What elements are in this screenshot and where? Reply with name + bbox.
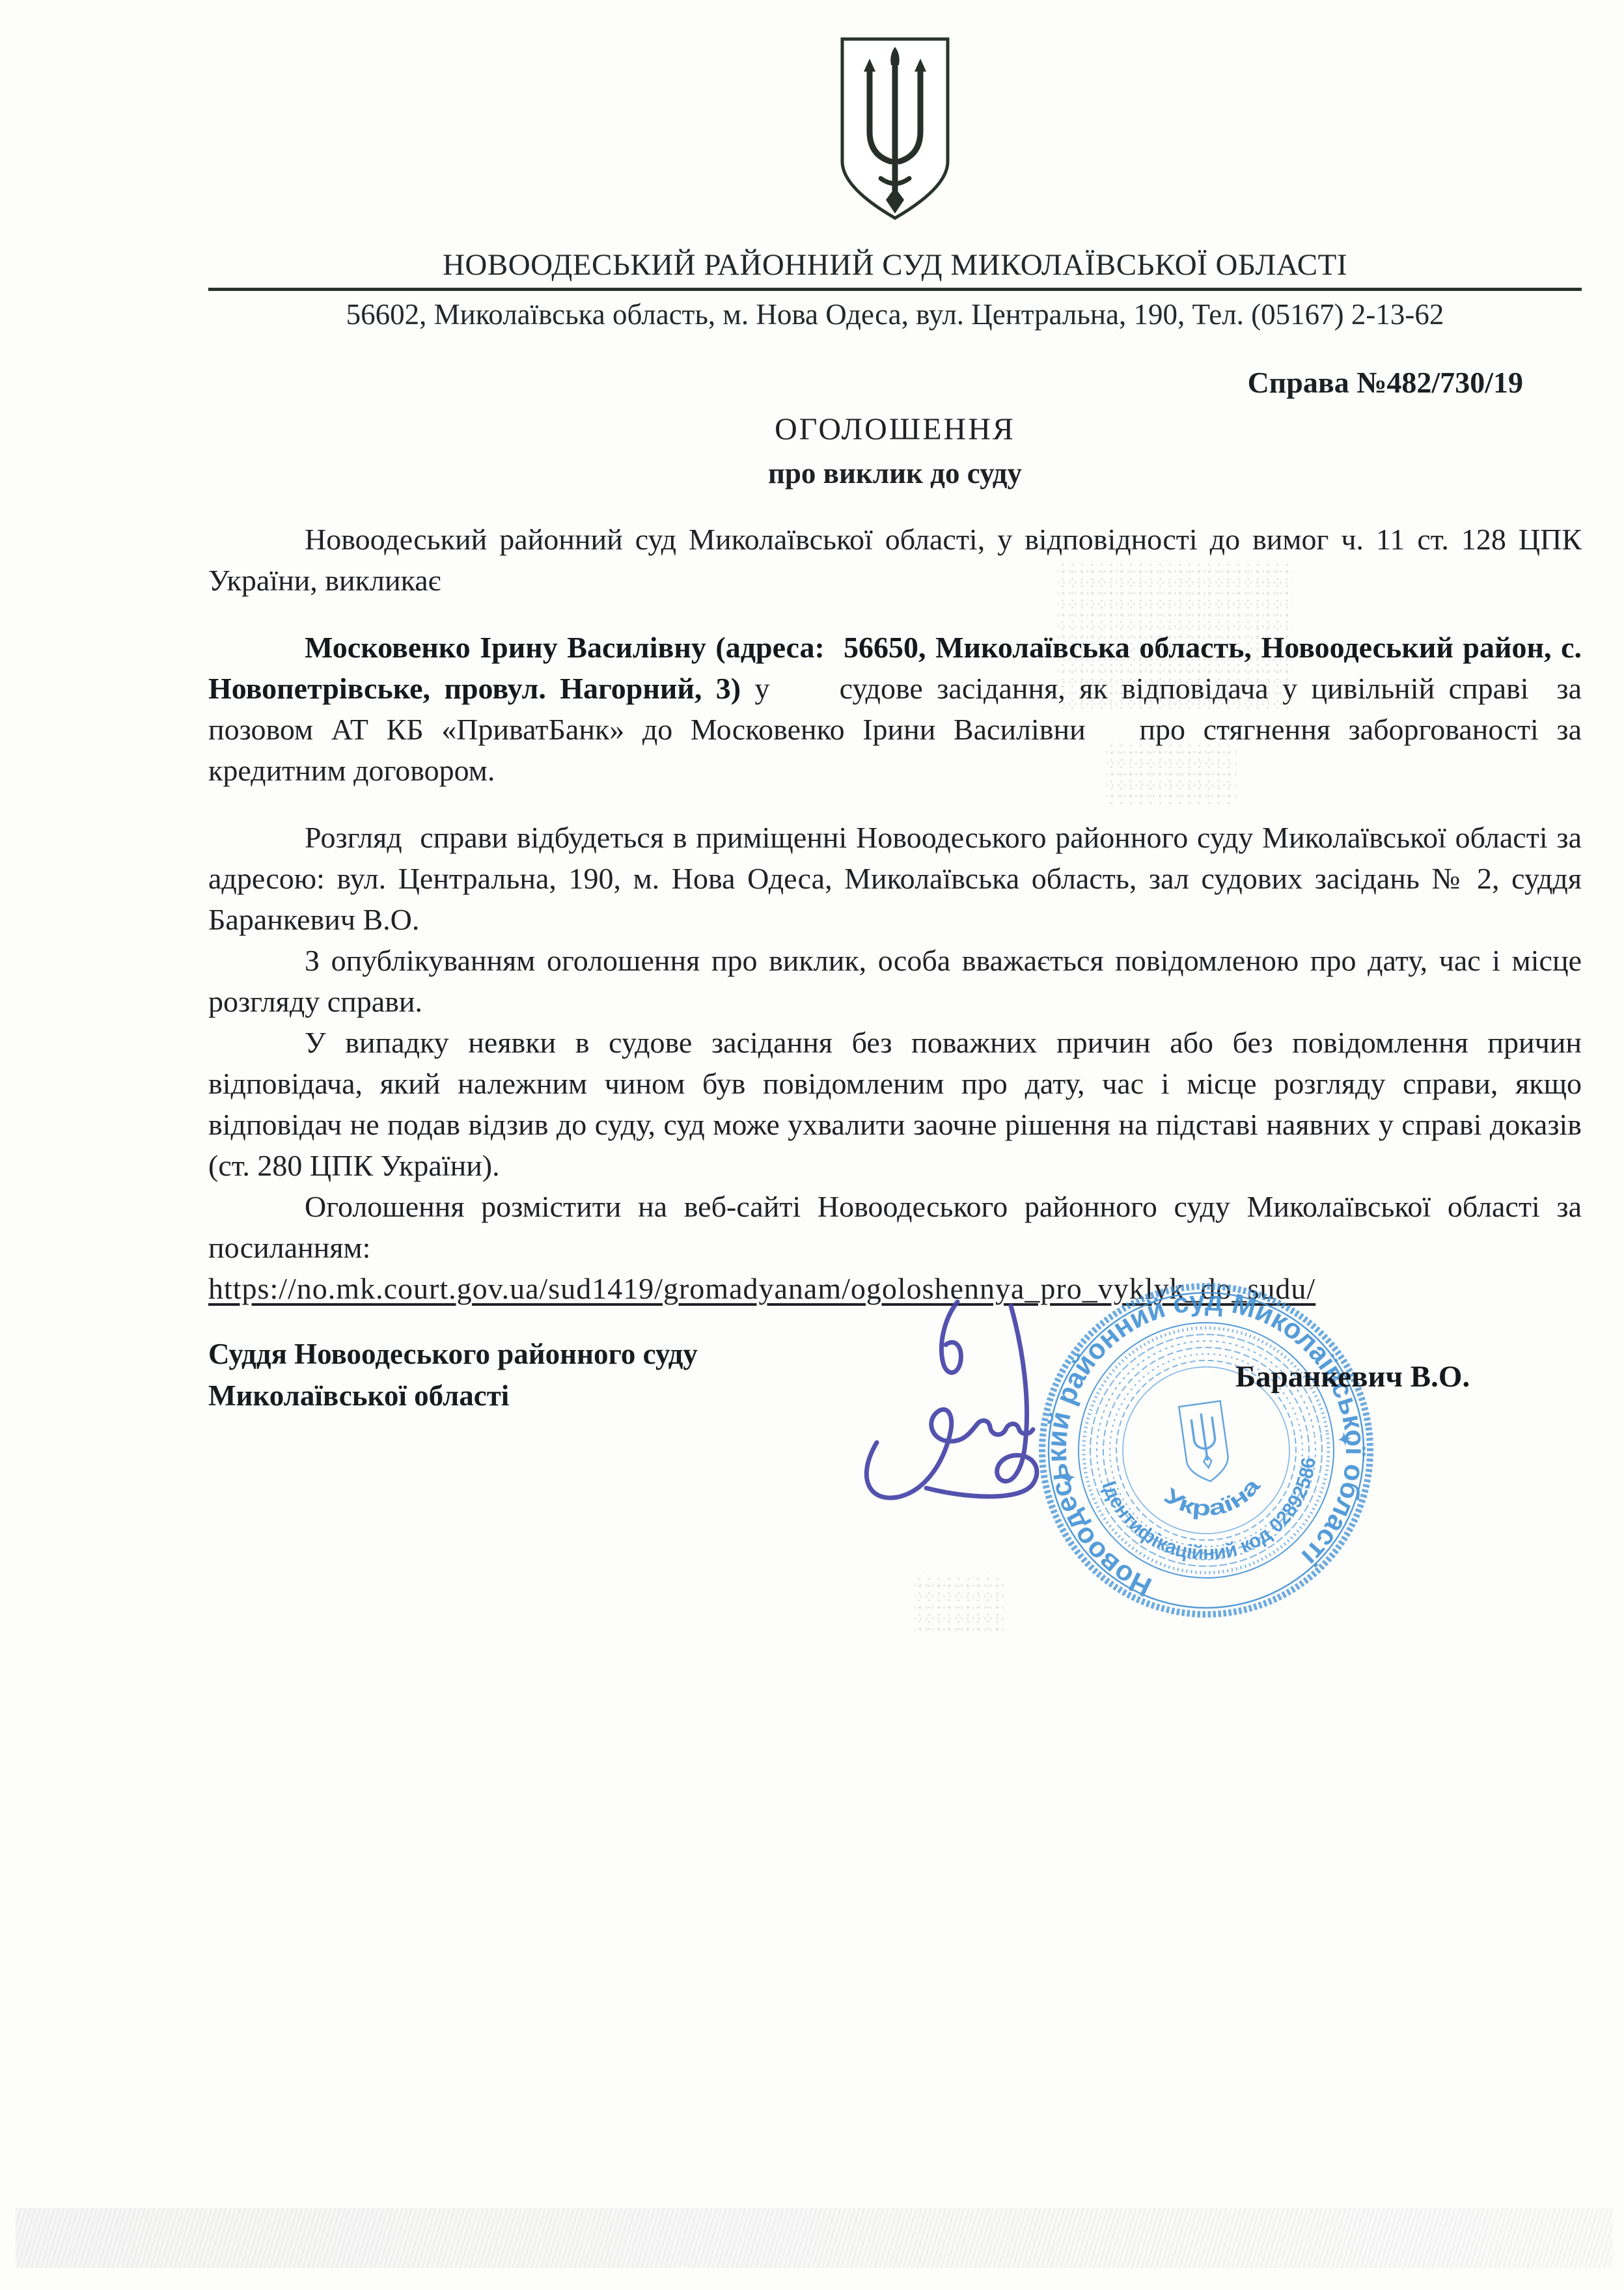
stamp-separator-right-icon: ✦ — [1336, 1429, 1353, 1450]
paragraph-summons: Московенко Ірину Василівну (адреса: 5665… — [208, 627, 1582, 791]
document-page: НОВООДЕСЬКИЙ РАЙОННИЙ СУД МИКОЛАЇВСЬКОЇ … — [0, 0, 1624, 2290]
paragraph-publication: З опублікуванням оголошення про виклик, … — [208, 940, 1582, 1022]
paragraph-absence-warning: У випадку неявки в судове засідання без … — [208, 1022, 1582, 1186]
paragraph-website-note: Оголошення розмістити на веб-сайті Новоо… — [208, 1186, 1582, 1268]
case-number: Справа №482/730/19 — [208, 365, 1582, 400]
signature-block: Суддя Новоодеського районного суду Микол… — [208, 1271, 1582, 1687]
announcement-subtitle: про виклик до суду — [208, 456, 1582, 490]
court-name: НОВООДЕСЬКИЙ РАЙОННИЙ СУД МИКОЛАЇВСЬКОЇ … — [208, 247, 1582, 283]
judge-signature — [843, 1282, 1084, 1530]
document-content: НОВООДЕСЬКИЙ РАЙОННИЙ СУД МИКОЛАЇВСЬКОЇ … — [208, 34, 1582, 1309]
judge-title-line1: Суддя Новоодеського районного суду — [208, 1333, 698, 1375]
header-rule — [208, 288, 1582, 291]
paragraph-hearing: Розгляд справи відбудеться в приміщенні … — [208, 817, 1582, 940]
coat-of-arms-icon — [833, 34, 957, 224]
court-address: 56602, Миколаївська область, м. Нова Оде… — [208, 297, 1582, 331]
announcement-title: ОГОЛОШЕННЯ — [208, 411, 1582, 447]
judge-title: Суддя Новоодеського районного суду Микол… — [208, 1333, 698, 1416]
judge-title-line2: Миколаївської області — [208, 1375, 698, 1416]
judge-name: Баранкевич В.О. — [1235, 1359, 1470, 1394]
scan-noise-band — [16, 2208, 1612, 2268]
court-stamp: Новоодеський районний суд Миколаївської … — [1037, 1281, 1375, 1620]
paragraph-intro: Новоодеський районний суд Миколаївської … — [208, 519, 1582, 601]
